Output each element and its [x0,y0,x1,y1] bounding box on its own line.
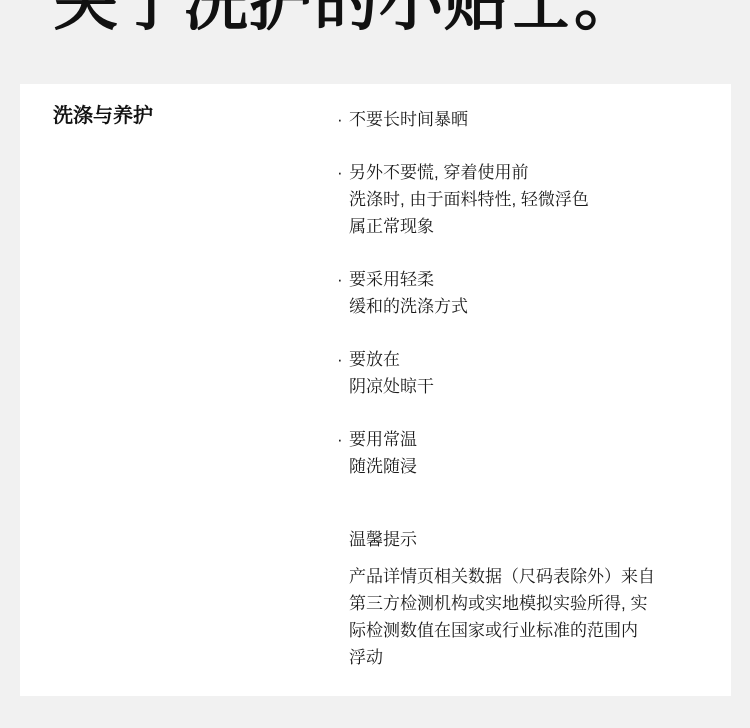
tips-body-line: 浮动 [349,644,729,671]
card-section-title: 洗涤与养护 [53,103,153,129]
care-card: 洗涤与养护 · 不要长时间暴晒 · 另外不要慌, 穿着使用前 洗涤时, 由于面料… [20,84,731,696]
care-item-shade-dry: · 要放在 阴凉处晾干 [337,346,729,400]
care-item-line: 随洗随浸 [349,453,729,480]
care-item-line: 阴凉处晾干 [349,373,729,400]
care-item-gentle-wash: · 要采用轻柔 缓和的洗涤方式 [337,266,729,320]
bullet-dot-icon: · [337,159,349,186]
care-item-room-temp: · 要用常温 随洗随浸 [337,426,729,480]
bullet-dot-icon: · [337,266,349,293]
care-item-line: 要放在 [349,346,729,373]
care-item-line: 要用常温 [349,426,729,453]
bullet-dot-icon: · [337,426,349,453]
care-item-line: 缓和的洗涤方式 [349,293,729,320]
care-item-line: 洗涤时, 由于面料特性, 轻微浮色 [349,186,729,213]
care-item-line: 属正常现象 [349,213,729,240]
tips-body-line: 第三方检测机构或实地模拟实验所得, 实 [349,590,729,617]
page-title: 关于洗护的小贴士。 [54,0,639,36]
bullet-dot-icon: · [337,346,349,373]
care-item-line: 要采用轻柔 [349,266,729,293]
care-item-color-bleed: · 另外不要慌, 穿着使用前 洗涤时, 由于面料特性, 轻微浮色 属正常现象 [337,159,729,240]
tips-body-line: 际检测数值在国家或行业标准的范围内 [349,617,729,644]
care-instructions-list: · 不要长时间暴晒 · 另外不要慌, 穿着使用前 洗涤时, 由于面料特性, 轻微… [337,106,729,671]
tips-title: 温馨提示 [349,526,729,553]
care-item-line: 另外不要慌, 穿着使用前 [349,159,729,186]
care-item-line: 不要长时间暴晒 [349,106,729,133]
bullet-dot-icon: · [337,106,349,133]
care-item-sunlight: · 不要长时间暴晒 [337,106,729,133]
tips-body-line: 产品详情页相关数据（尺码表除外）来自 [349,563,729,590]
tips-body: 产品详情页相关数据（尺码表除外）来自 第三方检测机构或实地模拟实验所得, 实 际… [349,563,729,671]
product-care-page: { "page": { "heading": "关于洗护的小贴士。", "col… [0,0,750,728]
